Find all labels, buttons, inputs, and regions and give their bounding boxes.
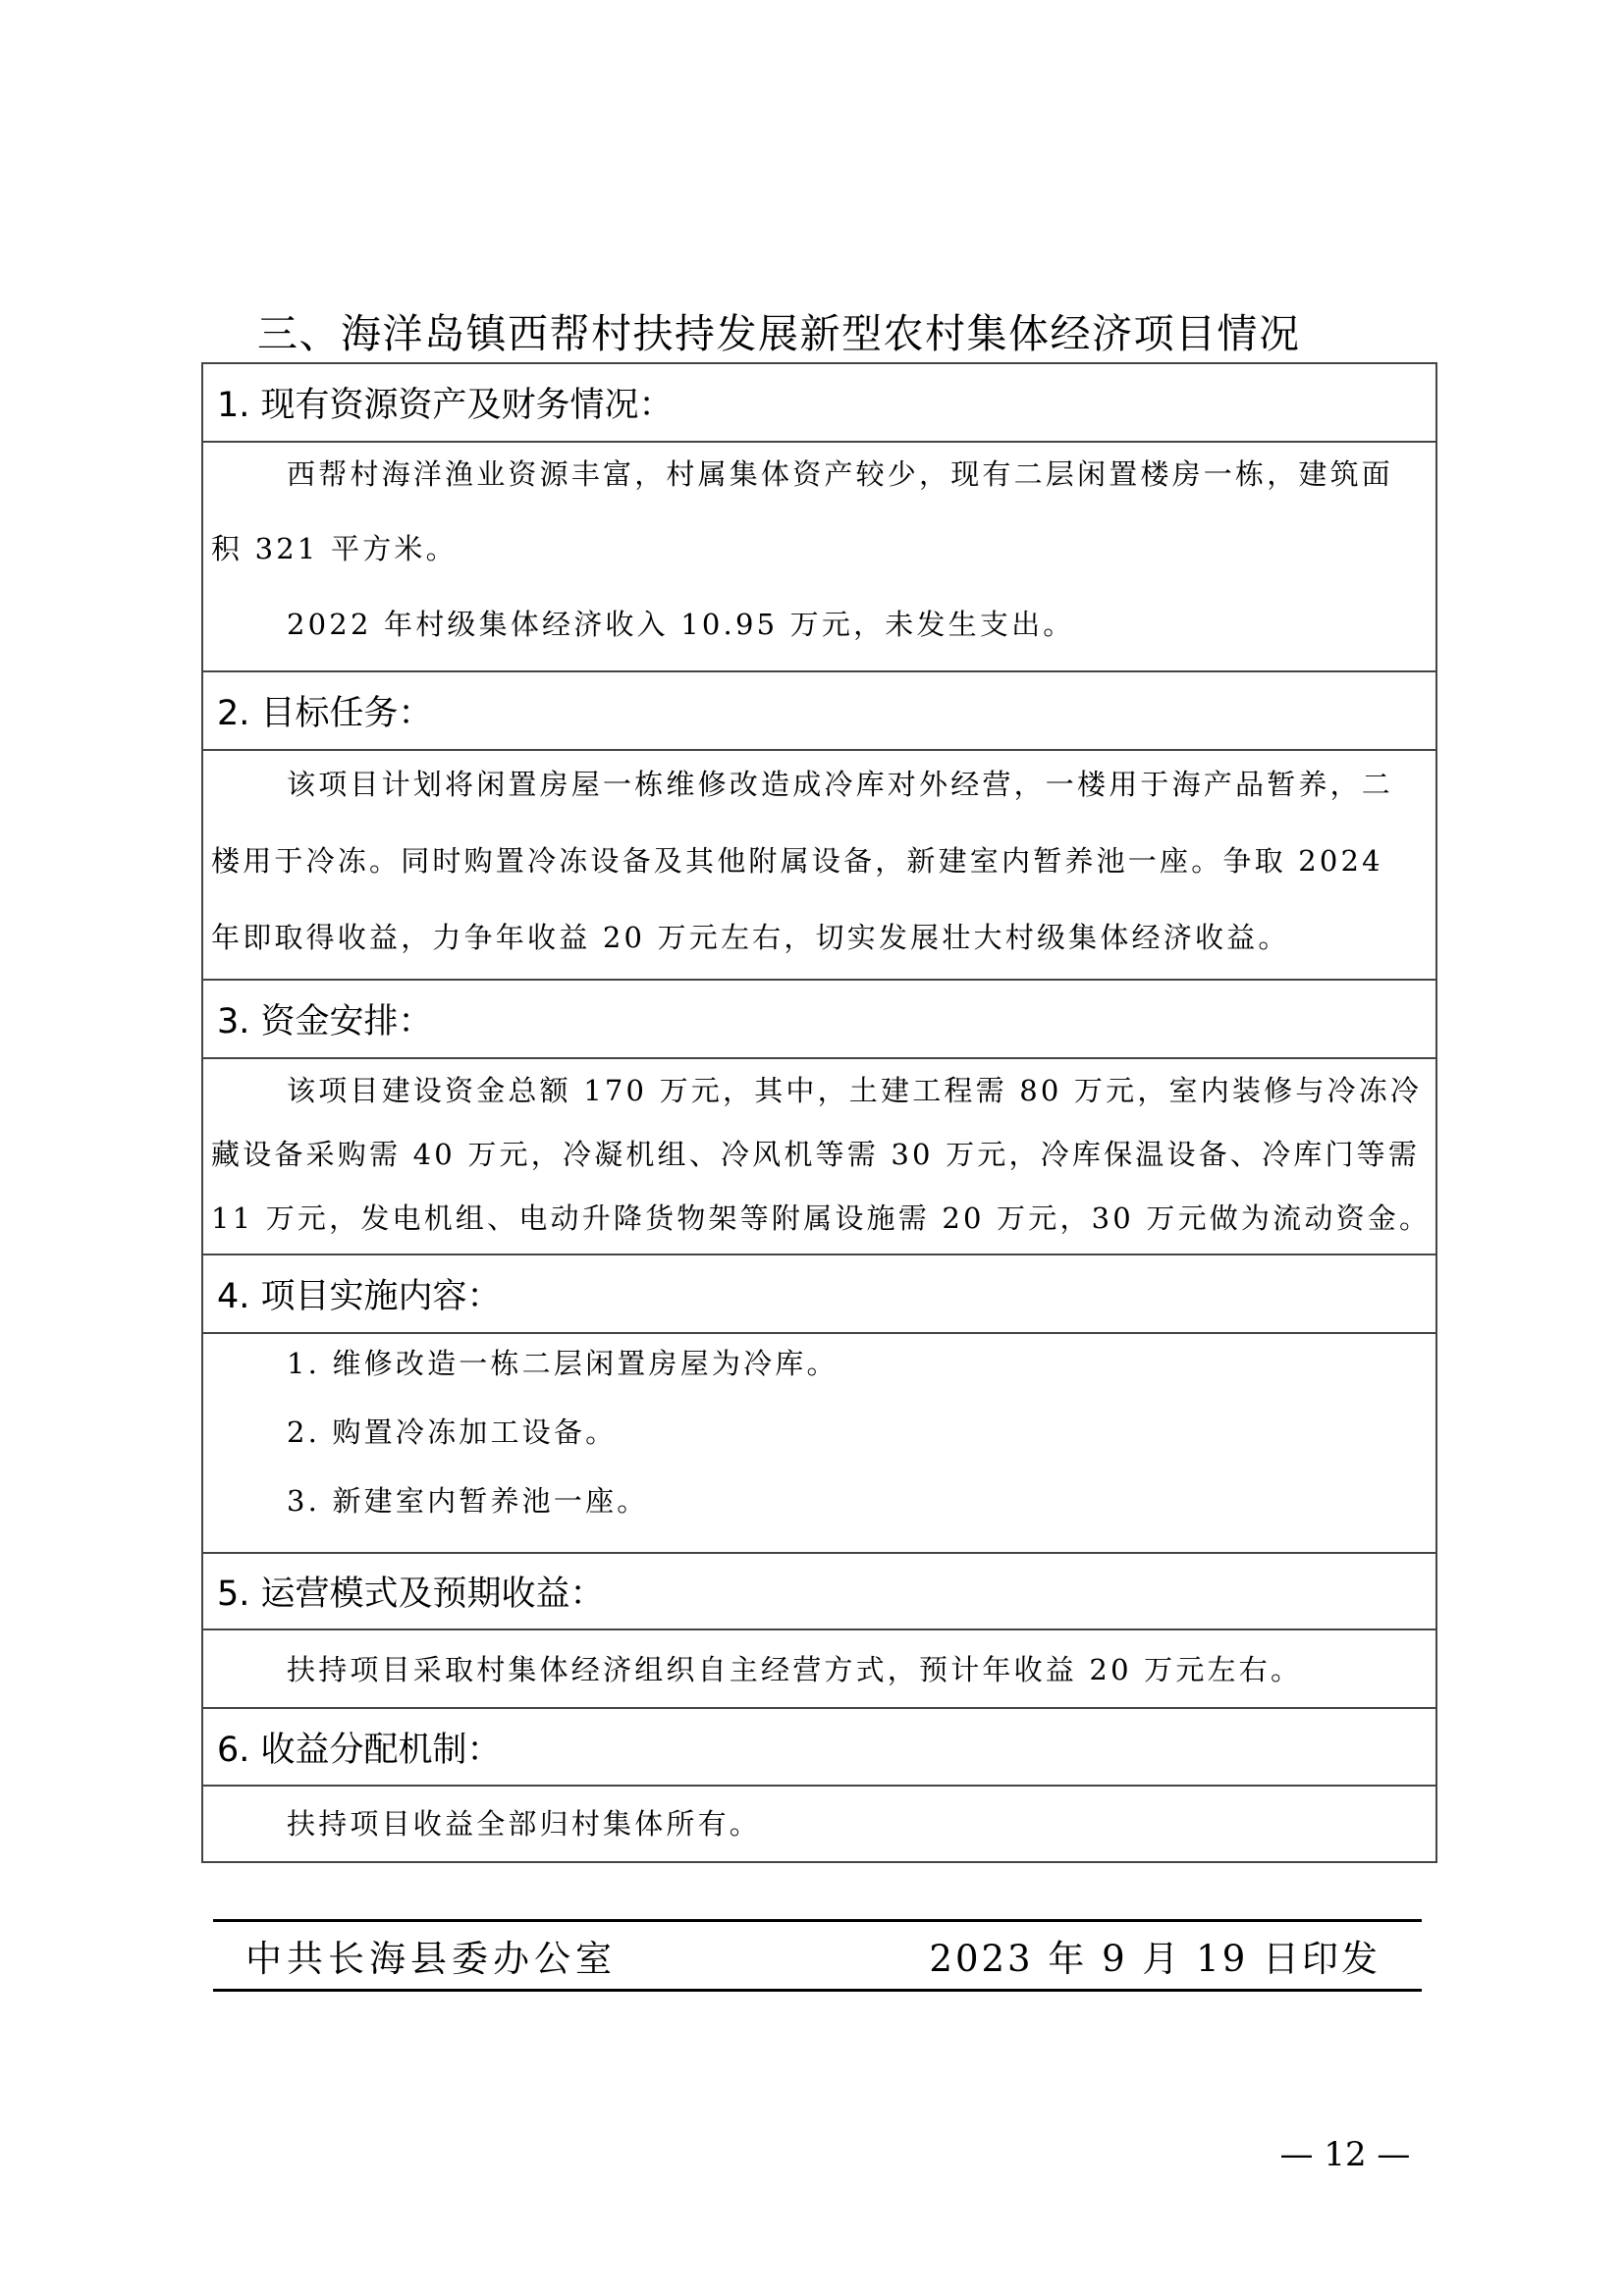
section-6-heading-row: 6. 收益分配机制： bbox=[203, 1709, 1435, 1787]
section-2-heading-row: 2. 目标任务： bbox=[203, 672, 1435, 751]
section-3-body-row: 该项目建设资金总额 170 万元，其中，土建工程需 80 万元，室内装修与冷冻冷… bbox=[203, 1059, 1435, 1255]
implementation-item-1: 1. 维修改造一栋二层闲置房屋为冷库。 bbox=[287, 1344, 839, 1383]
issue-date: 2023 年 9 月 19 日印发 bbox=[929, 1936, 1380, 1983]
section-3-line-2: 藏设备采购需 40 万元，冷凝机组、冷风机等需 30 万元，冷库保温设备、冷库门… bbox=[211, 1135, 1420, 1174]
section-5-body-row: 扶持项目采取村集体经济组织自主经营方式，预计年收益 20 万元左右。 bbox=[203, 1630, 1435, 1709]
section-2-heading: 2. 目标任务： bbox=[217, 686, 433, 735]
section-2-line-3: 年即取得收益，力争年收益 20 万元左右，切实发展壮大村级集体经济收益。 bbox=[211, 918, 1290, 957]
implementation-item-3: 3. 新建室内暂养池一座。 bbox=[287, 1481, 649, 1521]
section-1-heading-row: 1. 现有资源资产及财务情况： bbox=[203, 364, 1435, 443]
section-4-heading-row: 4. 项目实施内容： bbox=[203, 1255, 1435, 1334]
section-6-line-1: 扶持项目收益全部归村集体所有。 bbox=[287, 1804, 761, 1843]
footer-top-rule bbox=[213, 1919, 1422, 1922]
section-2-line-2: 楼用于冷冻。同时购置冷冻设备及其他附属设备，新建室内暂养池一座。争取 2024 bbox=[211, 841, 1383, 881]
section-5-line-1: 扶持项目采取村集体经济组织自主经营方式，预计年收益 20 万元左右。 bbox=[287, 1650, 1302, 1689]
project-info-table: 1. 现有资源资产及财务情况： 西帮村海洋渔业资源丰富，村属集体资产较少，现有二… bbox=[201, 362, 1437, 1863]
section-title: 三、海洋岛镇西帮村扶持发展新型农村集体经济项目情况 bbox=[257, 306, 1435, 361]
section-3-line-1: 该项目建设资金总额 170 万元，其中，土建工程需 80 万元，室内装修与冷冻冷 bbox=[287, 1071, 1422, 1110]
page-number: — 12 — bbox=[1267, 2132, 1424, 2177]
section-4-body-row: 1. 维修改造一栋二层闲置房屋为冷库。 2. 购置冷冻加工设备。 3. 新建室内… bbox=[203, 1334, 1435, 1554]
implementation-item-2: 2. 购置冷冻加工设备。 bbox=[287, 1413, 617, 1452]
section-3-heading: 3. 资金安排： bbox=[217, 994, 433, 1043]
section-6-body-row: 扶持项目收益全部归村集体所有。 bbox=[203, 1787, 1435, 1863]
section-6-heading: 6. 收益分配机制： bbox=[217, 1723, 502, 1772]
section-1-line-1: 西帮村海洋渔业资源丰富，村属集体资产较少，现有二层闲置楼房一栋，建筑面 bbox=[287, 454, 1393, 494]
section-3-heading-row: 3. 资金安排： bbox=[203, 981, 1435, 1059]
section-1-heading: 1. 现有资源资产及财务情况： bbox=[217, 378, 674, 427]
footer-bottom-rule bbox=[213, 1989, 1422, 1992]
section-1-line-3: 2022 年村级集体经济收入 10.95 万元，未发生支出。 bbox=[287, 605, 1074, 644]
section-5-heading: 5. 运营模式及预期收益： bbox=[217, 1567, 605, 1616]
section-2-line-1: 该项目计划将闲置房屋一栋维修改造成冷库对外经营，一楼用于海产品暂养，二 bbox=[287, 765, 1393, 804]
section-4-heading: 4. 项目实施内容： bbox=[217, 1269, 502, 1318]
section-3-line-3: 11 万元，发电机组、电动升降货物架等附属设施需 20 万元，30 万元做为流动… bbox=[211, 1199, 1431, 1238]
section-1-body-row: 西帮村海洋渔业资源丰富，村属集体资产较少，现有二层闲置楼房一栋，建筑面 积 32… bbox=[203, 443, 1435, 672]
section-2-body-row: 该项目计划将闲置房屋一栋维修改造成冷库对外经营，一楼用于海产品暂养，二 楼用于冷… bbox=[203, 751, 1435, 981]
section-1-line-2: 积 321 平方米。 bbox=[211, 529, 458, 568]
section-5-heading-row: 5. 运营模式及预期收益： bbox=[203, 1554, 1435, 1630]
issuer-name: 中共长海县委办公室 bbox=[245, 1936, 617, 1983]
